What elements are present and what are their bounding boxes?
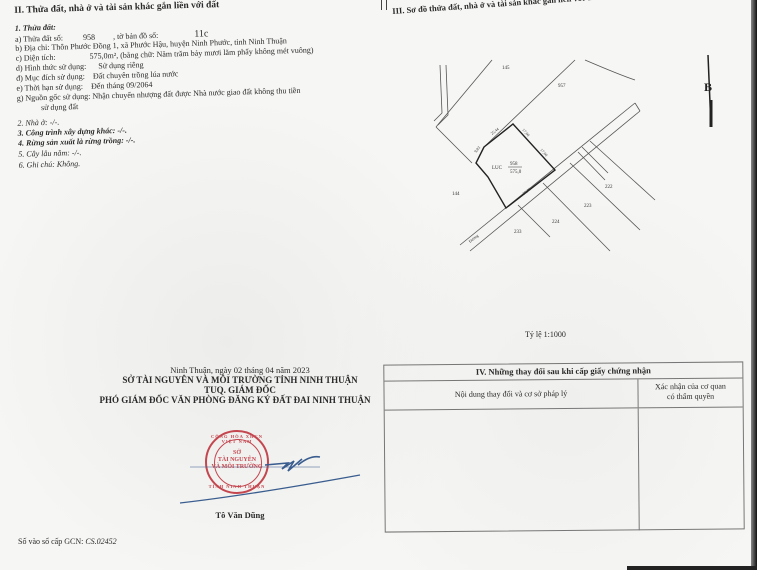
subject-parcel-number: 958 [510, 162, 518, 167]
origin-continuation: sử dụng đất [41, 102, 78, 112]
stamp-ring-top-text: CỘNG HÒA XHCN VIỆT NAM [207, 434, 267, 444]
changes-table-body [385, 407, 744, 532]
subject-parcel-area: 575,0 [510, 170, 522, 175]
changes-table: IV. Những thay đổi sau khi cấp giấy chứn… [383, 361, 744, 532]
column-change-content: Nội dung thay đổi và cơ sở pháp lý [384, 379, 638, 409]
registry-number-value: CS.02452 [85, 537, 116, 546]
parcel-number-value: 958 [83, 33, 95, 42]
registry-number: Số vào sổ cấp GCN: CS.02452 [18, 537, 117, 546]
signature-block: Ninh Thuận, ngày 02 tháng 04 năm 2023 SỞ… [95, 365, 385, 405]
column-authority-confirmation: Xác nhận của cơ quan có thẩm quyền [638, 378, 742, 407]
parcel-map: 145 957 144 222 223 224 233 LUC 958 575,… [430, 55, 660, 255]
edge-length: 17,00 [521, 127, 531, 138]
registry-number-label: Số vào sổ cấp GCN: [18, 537, 83, 546]
parcel-heading: 1. Thửa đất: [15, 23, 56, 33]
parcel-label-224: 224 [552, 220, 560, 225]
usage-form-value: Sử dụng riêng [98, 60, 143, 70]
authority-confirmation-cell [639, 407, 744, 530]
term-value: Đến tháng 09/2064 [91, 80, 153, 91]
term-label: e) Thời hạn sử dụng: [16, 82, 83, 93]
change-content-cell [385, 408, 640, 532]
north-arrow: B [702, 55, 742, 135]
road-label: Đường [468, 233, 480, 244]
perennial-row: 5. Cây lâu năm: -/-. [18, 148, 81, 159]
north-arrow-label: B [704, 80, 712, 94]
column-authority-line2: có thẩm quyền [639, 391, 743, 402]
parcel-label-223: 223 [584, 204, 592, 209]
address-label: b) Địa chỉ: [15, 43, 49, 53]
signer-role: PHÓ GIÁM ĐỐC VĂN PHÒNG ĐĂNG KÝ ĐẤT ĐAI N… [85, 395, 385, 405]
parcel-label-957: 957 [558, 84, 566, 89]
issuing-agency: SỞ TÀI NGUYÊN VÀ MÔI TRƯỜNG TỈNH NINH TH… [95, 375, 385, 385]
page-fold-mark [381, 0, 387, 10]
map-scale: Tỷ lệ 1:1000 [525, 330, 566, 339]
note-row: 6. Ghi chú: Không. [18, 159, 80, 170]
parcel-label-145: 145 [502, 66, 510, 71]
changes-table-header: Nội dung thay đổi và cơ sở pháp lý Xác n… [384, 378, 742, 410]
house-row: 2. Nhà ở: -/-. [17, 118, 59, 128]
parcel-label-222: 222 [605, 185, 613, 190]
stamp-center-text: SỞ TÀI NGUYÊN VÀ MÔI TRƯỜNG [207, 450, 267, 471]
parcel-label-233: 233 [514, 230, 522, 235]
issue-date: Ninh Thuận, ngày 02 tháng 04 năm 2023 [95, 365, 385, 375]
parcel-label-144: 144 [452, 192, 460, 197]
area-label: c) Diện tích: [16, 53, 56, 63]
scan-edge-shadow [751, 0, 757, 570]
land-type-code: LUC [492, 166, 503, 171]
handwritten-signature [170, 445, 370, 515]
authorization-line: TUQ. GIÁM ĐỐC [95, 385, 385, 395]
scan-edge-bottom [627, 566, 757, 570]
